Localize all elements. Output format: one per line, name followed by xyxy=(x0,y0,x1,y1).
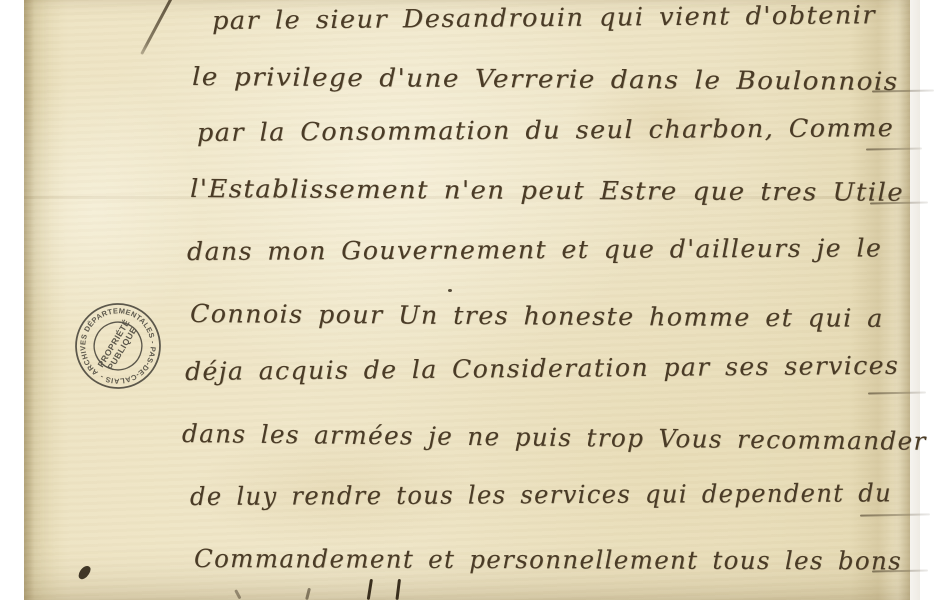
manuscript-line: dans mon Gouvernement et que d'ailleurs … xyxy=(187,233,882,266)
stamp-center-text: PROPRIÉTÉ PUBLIQUE xyxy=(95,318,140,374)
manuscript-line: Commandement et personnellement tous les… xyxy=(194,544,902,575)
manuscript-line: le privilege d'une Verrerie dans le Boul… xyxy=(192,62,899,96)
manuscript-line: déja acquis de la Consideration par ses … xyxy=(185,351,899,386)
manuscript-line: de luy rendre tous les services qui depe… xyxy=(190,478,892,511)
manuscript-line: l'Establissement n'en peut Estre que tre… xyxy=(190,174,904,207)
manuscript-line: Connois pour Un tres honeste homme et qu… xyxy=(190,299,884,333)
manuscript-line: par le sieur Desandrouin qui vient d'obt… xyxy=(212,0,876,35)
manuscript-line: dans les armées je ne puis trop Vous rec… xyxy=(182,419,927,456)
manuscript-line: par la Consommation du seul charbon, Com… xyxy=(197,113,894,147)
manuscript-page: par le sieur Desandrouin qui vient d'obt… xyxy=(24,0,910,600)
ink-dot xyxy=(448,289,452,292)
pen-flourish xyxy=(872,89,934,92)
scanned-manuscript-photo: par le sieur Desandrouin qui vient d'obt… xyxy=(0,0,950,600)
